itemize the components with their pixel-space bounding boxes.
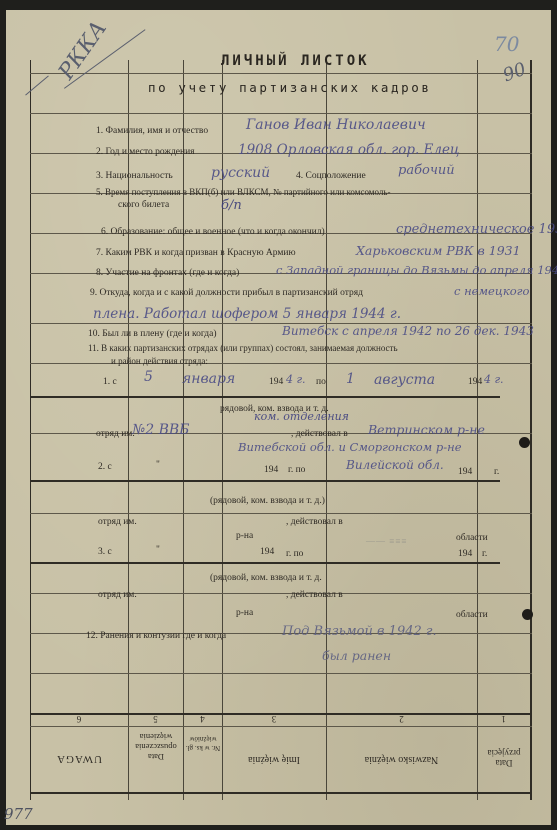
field-9-value-line2: плена. Работал шофером 5 января 1944 г. <box>93 306 401 322</box>
field-2-label: 2. Год и место рождения <box>96 147 195 157</box>
field-9-value-line1: с немецкого <box>454 284 529 298</box>
service-1-rank-value: ком. отделения <box>254 410 349 423</box>
service-3-quote: " <box>156 545 160 555</box>
field-11-label: 11. В каких партизанских отрядах (или гр… <box>88 343 398 353</box>
register-col-6-label: UWAGA <box>30 754 128 764</box>
service-1-region-value: Витебской обл. и Сморгонском р-не <box>238 440 462 454</box>
page-title: ЛИЧНЫЙ ЛИСТОК <box>221 53 370 69</box>
service-1-to-year-suffix: 4 г. <box>484 373 504 386</box>
corner-number-top: 70 <box>494 32 519 56</box>
register-col-4-label: Nr. w ks. gł. więźniów <box>185 734 221 752</box>
service-2-district-label: р-на <box>236 531 253 541</box>
grid-hline <box>30 673 532 674</box>
service-3-year: 194 <box>260 547 274 557</box>
faded-stamp: —— ≡≡≡ <box>366 536 407 546</box>
grid-hline <box>30 73 532 74</box>
register-bottom <box>30 792 532 794</box>
register-col-3-label: Imię więźnia <box>222 754 326 764</box>
field-4-label: 4. Соцположение <box>296 171 366 181</box>
service-2-year: 194 <box>264 465 278 475</box>
service-1-to-year: 194 <box>468 377 482 387</box>
register-col-5-num: 5 <box>128 714 183 724</box>
field-12-value-line2: был ранен <box>322 648 391 663</box>
field-4-value: рабочий <box>398 163 455 178</box>
section-divider <box>30 562 500 564</box>
register-col-2-label: Nazwisko więźnia <box>326 754 477 764</box>
document-page: РККА 70 90 ЛИЧНЫЙ ЛИСТОК по учету партиз… <box>6 10 551 825</box>
section-divider <box>30 480 500 482</box>
corner-number-second: 90 <box>500 59 529 87</box>
field-9-label: 9. Откуда, когда и с какой должности при… <box>90 288 363 298</box>
service-3-region-label: области <box>456 610 488 620</box>
register-col-5-label: Data opuszczenia więzienia <box>132 732 180 762</box>
service-1-num: 1. с <box>103 377 117 387</box>
service-1-acted-label: , действовал в <box>291 429 348 439</box>
field-10-label: 10. Был ли в плену (где и когда) <box>88 329 217 339</box>
field-7-value: Харьковским РВК в 1931 <box>356 243 521 258</box>
service-2-to-year: 194 <box>458 467 472 477</box>
service-1-region-value2: Вилейской обл. <box>346 458 444 472</box>
field-11-label-cont: и район действия отряда: <box>111 356 208 366</box>
grid-hline <box>30 513 532 514</box>
service-1-from-year: 194 <box>269 377 283 387</box>
field-3-value: русский <box>211 165 270 181</box>
field-7-label: 7. Каким РВК и когда призван в Красную А… <box>96 248 296 258</box>
service-1-from-month: января <box>182 371 235 387</box>
service-3-num: 3. с <box>98 547 112 557</box>
field-5-label: 5. Время поступления в ВКП(б) или ВЛКСМ,… <box>96 187 390 197</box>
field-5-label-cont: ского билета <box>118 200 169 210</box>
frame-left-line <box>30 60 31 800</box>
page-subtitle: по учету партизанских кадров <box>148 80 432 95</box>
service-2-region-label: области <box>456 533 488 543</box>
register-num-row-line <box>30 726 532 727</box>
service-1-to-month: августа <box>374 372 435 388</box>
service-2-g: г. <box>494 467 499 477</box>
service-2-num: 2. с <box>98 462 112 472</box>
service-1-to-label: по <box>316 377 326 387</box>
grid-hline <box>30 363 532 364</box>
service-2-rank-label: (рядовой, ком. взвода и т. д.) <box>210 496 325 506</box>
service-3-district-label: р-на <box>236 608 253 618</box>
service-2-to-label: г. по <box>288 465 305 475</box>
archive-number: 977 <box>4 805 33 823</box>
field-6-label: 6. Образование: общее и военное (что и к… <box>101 227 325 237</box>
field-12-value-line1: Под Вязьмой в 1942 г. <box>282 624 437 639</box>
service-1-from-year-suffix: 4 г. <box>286 373 306 386</box>
field-10-value: Витебск с апреля 1942 по 26 дек. 1943 <box>282 324 534 338</box>
service-3-acted-label: , действовал в <box>286 590 343 600</box>
service-2-quote: " <box>156 460 160 470</box>
field-3-label: 3. Национальность <box>96 171 173 181</box>
service-2-acted-label: , действовал в <box>286 517 343 527</box>
register-col-1-label: Data przyjęcia <box>480 748 528 768</box>
section-divider <box>30 396 500 398</box>
service-2-unit-label: отряд им. <box>98 517 137 527</box>
service-3-to-label: г. по <box>286 549 303 559</box>
service-3-unit-label: отряд им. <box>98 590 137 600</box>
service-3-rank-label: (рядовой, ком. взвода и т. д. <box>210 573 322 583</box>
frame-right-line <box>530 60 532 800</box>
field-1-value: Ганов Иван Николаевич <box>246 117 426 133</box>
field-1-label: 1. Фамилия, имя и отчество <box>96 126 208 136</box>
register-col-6-num: 6 <box>30 714 128 724</box>
service-3-to-year: 194 <box>458 549 472 559</box>
grid-hline <box>30 113 532 114</box>
service-1-from-day: 5 <box>144 369 153 385</box>
binder-hole <box>522 609 533 620</box>
field-8-label: 8. Участие на фронтах (где и когда) <box>96 268 239 278</box>
field-2-value: 1908 Орловская обл. гор. Елец <box>238 142 459 158</box>
binder-hole <box>519 437 530 448</box>
field-8-value: с Западной границы до Вязьмы до апреля 1… <box>276 263 557 277</box>
pencil-stroke <box>25 75 49 95</box>
field-5-value: б/п <box>221 198 242 213</box>
register-col-1-num: 1 <box>477 714 530 724</box>
service-1-to-day: 1 <box>346 371 355 387</box>
service-1-unit-value: №2 ВВБ <box>132 422 189 438</box>
register-col-2-num: 2 <box>326 714 477 724</box>
service-1-acted-value: Ветринском р-не <box>368 422 485 437</box>
register-col-3-num: 3 <box>222 714 326 724</box>
register-col-4-num: 4 <box>183 714 222 724</box>
service-1-unit-label: отряд им. <box>96 429 135 439</box>
field-12-label: 12. Ранения и контузии где и когда <box>86 631 226 641</box>
field-6-value: среднетехническое 1931 <box>396 222 557 237</box>
service-3-g: г. <box>482 549 487 559</box>
